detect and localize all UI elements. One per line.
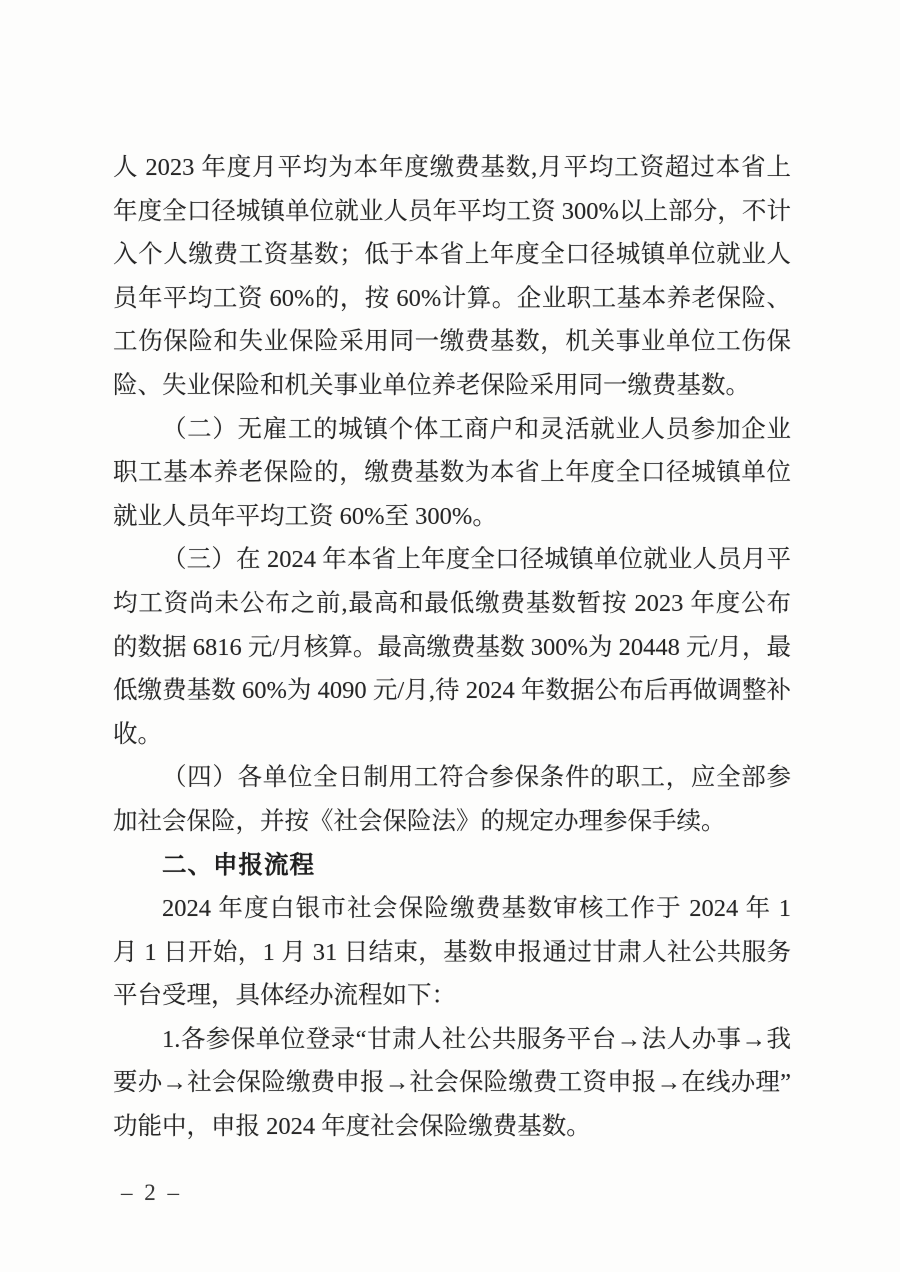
item-3-paragraph: （三）在 2024 年本省上年度全口径城镇单位就业人员月平均工资尚未公布之前,最…	[113, 538, 791, 756]
process-intro-paragraph: 2024 年度白银市社会保险缴费基数审核工作于 2024 年 1 月 1 日开始…	[113, 887, 791, 1018]
section-heading-application-process: 二、申报流程	[113, 844, 791, 888]
continuation-paragraph: 人 2023 年度月平均为本年度缴费基数,月平均工资超过本省上年度全口径城镇单位…	[113, 146, 791, 408]
page-number: – 2 –	[121, 1178, 182, 1208]
item-4-paragraph: （四）各单位全日制用工符合参保条件的职工，应全部参加社会保险，并按《社会保险法》…	[113, 756, 791, 843]
scanned-document-page: 人 2023 年度月平均为本年度缴费基数,月平均工资超过本省上年度全口径城镇单位…	[0, 0, 900, 1272]
step-1-paragraph: 1.各参保单位登录“甘肃人社公共服务平台→法人办事→我要办→社会保险缴费申报→社…	[113, 1018, 791, 1149]
document-body: 人 2023 年度月平均为本年度缴费基数,月平均工资超过本省上年度全口径城镇单位…	[113, 146, 791, 1149]
item-2-paragraph: （二）无雇工的城镇个体工商户和灵活就业人员参加企业职工基本养老保险的，缴费基数为…	[113, 408, 791, 539]
